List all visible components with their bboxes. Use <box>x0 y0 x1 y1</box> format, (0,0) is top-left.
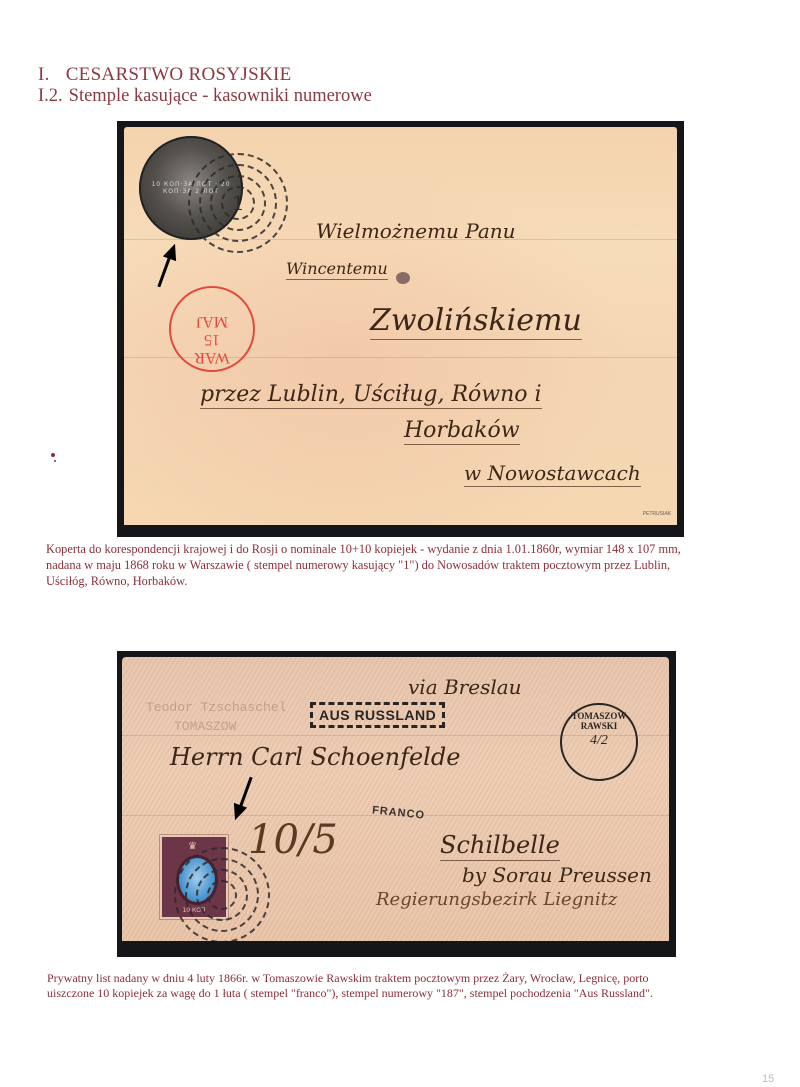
postmark-date: 4/2 <box>562 733 636 749</box>
numeral-cancel-rings-icon <box>174 847 270 941</box>
caption-line: Uściłóg, Równo, Horbaków. <box>46 573 786 589</box>
tomaszow-postmark: TOMASZOW RAWSKI 4/2 <box>560 703 638 781</box>
subsection-title: Stemple kasujące - kasowniki numerowe <box>69 86 372 106</box>
subsection-number: I.2. <box>38 86 63 106</box>
envelope-1-image: 10 КОП·ЗА ЛОТ · 20 КОП·ЗА 2 ЛОТ 1 WAR 15… <box>124 127 677 525</box>
section-heading: I.CESARSTWO ROSYJSKIE <box>38 64 292 86</box>
section-number: I. <box>38 64 50 85</box>
section-title: CESARSTWO ROSYJSKIE <box>66 64 292 85</box>
address-line-2: Schilbelle <box>440 831 560 861</box>
caption-line: uiszczone 10 kopiejek za wagę do 1 łuta … <box>47 986 787 1001</box>
postmark-city: WAR <box>171 348 253 366</box>
address-line-1: Herrn Carl Schoenfelde <box>170 743 460 771</box>
franco-stamp: FRANCO <box>372 804 426 821</box>
address-line-3: by Sorau Preussen <box>462 863 652 887</box>
speck-mark <box>54 460 56 462</box>
crown-icon: ♛ <box>188 841 197 852</box>
red-postmark-warsaw: WAR 15 MAJ <box>169 286 255 372</box>
caption-line: nadana w maju 1868 roku w Warszawie ( st… <box>46 557 786 573</box>
postmark-month: MAJ <box>171 312 253 330</box>
address-line-1: Wielmożnemu Panu <box>316 219 516 244</box>
envelope-1-caption: Koperta do korespondencji krajowej i do … <box>46 541 786 589</box>
address-line-4: Regierungsbezirk Liegnitz <box>376 889 617 910</box>
address-line-6: w Nowostawcach <box>464 461 641 487</box>
address-line-2: Wincentemu <box>286 259 388 280</box>
ink-blot <box>396 272 410 284</box>
aus-russland-cachet: AUS RUSSLAND <box>310 702 445 728</box>
sender-imprint-line-1: Teodor Tzschaschel <box>146 700 286 715</box>
rate-marking: 10/5 <box>248 817 338 863</box>
address-line-4: przez Lublin, Uściług, Równo i <box>200 382 542 409</box>
postmark-day: 15 <box>171 330 253 348</box>
subsection-heading: I.2.Stemple kasujące - kasowniki numerow… <box>38 86 372 107</box>
page-number-mark: 15 <box>762 1073 774 1085</box>
maker-mark: PETRUSIAK <box>643 511 671 517</box>
caption-line: Koperta do korespondencji krajowej i do … <box>46 541 786 557</box>
envelope-2-image: Teodor Tzschaschel TOMASZOW AUS RUSSLAND… <box>122 657 669 941</box>
address-line-5: Horbaków <box>404 418 520 445</box>
address-line-3: Zwolińskiemu <box>370 303 582 340</box>
numeral-cancel-number: 1 <box>232 191 245 215</box>
caption-line: Prywatny list nadany w dniu 4 luty 1866r… <box>47 971 787 986</box>
postmark-town: TOMASZOW RAWSKI <box>562 711 636 731</box>
envelope-2-caption: Prywatny list nadany w dniu 4 luty 1866r… <box>47 971 787 1001</box>
sender-imprint-line-2: TOMASZOW <box>174 719 236 734</box>
speck-mark <box>51 453 55 457</box>
route-note: via Breslau <box>408 675 522 699</box>
